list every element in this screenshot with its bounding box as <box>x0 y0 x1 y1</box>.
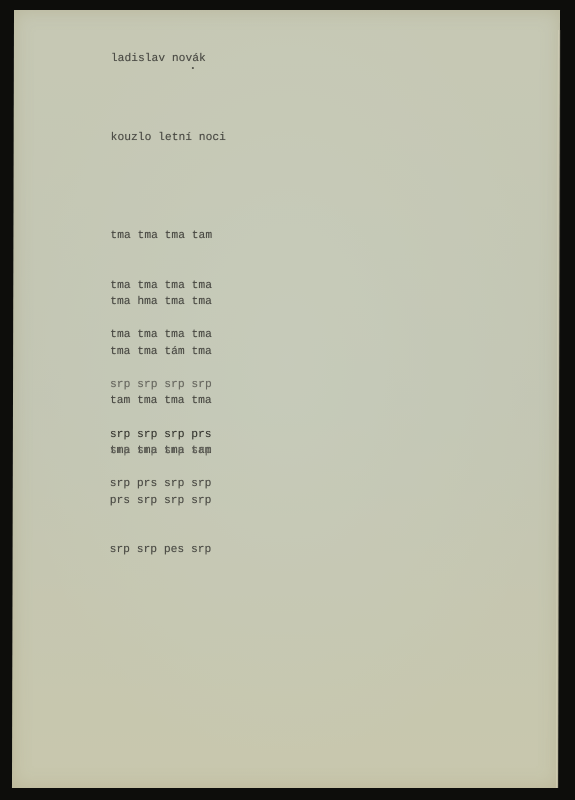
poem-line: prs srp srp srp <box>110 493 212 510</box>
poem-line: srp srp srp srp <box>110 443 212 460</box>
poem-title: kouzlo letní noci <box>111 130 226 147</box>
poem-line: srp srp pes srp <box>110 542 212 559</box>
ink-speck <box>192 67 194 69</box>
paper-sheet: ladislav novák kouzlo letní noci tma tma… <box>12 10 560 788</box>
poem-line: srp srp srp srp <box>110 377 212 394</box>
poem-line: tma tma tma tam <box>110 228 212 245</box>
poem-line: tma hma tma tma <box>110 294 212 311</box>
author-name: ladislav novák <box>111 51 206 68</box>
stanza-4: srp srp srp srp prs srp srp srp srp srp … <box>109 410 211 592</box>
